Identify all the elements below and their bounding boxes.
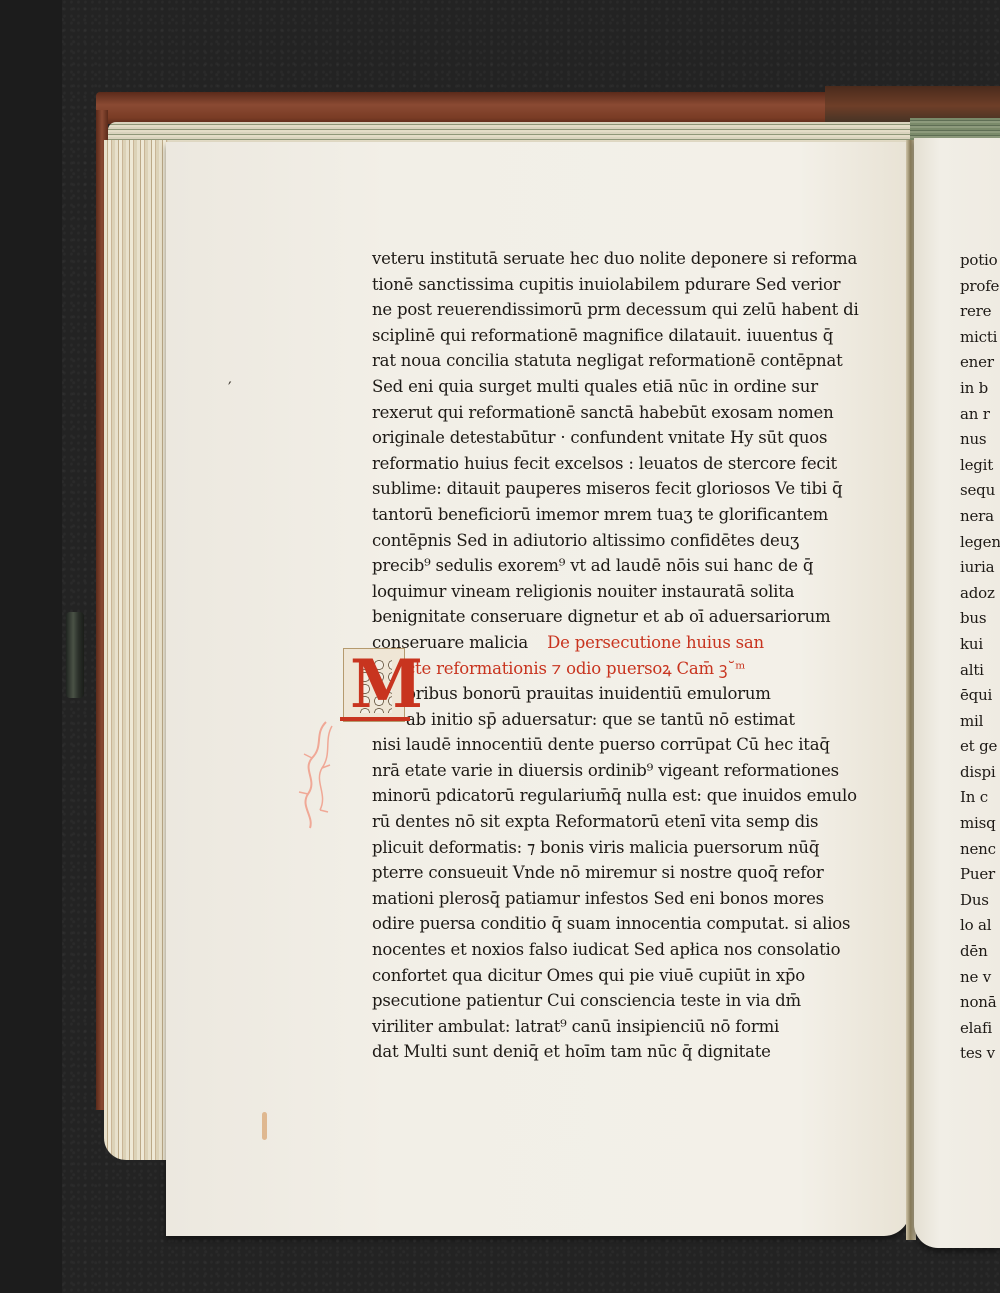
margin-mark: ′ <box>228 378 232 397</box>
pen-flourish-icon <box>296 720 336 830</box>
text-line: sciplinē qui reformationē magnifice dila… <box>372 323 902 349</box>
initial-letter: M <box>350 651 423 717</box>
text-line: Sed eni quia surget multi quales etiā nū… <box>372 374 902 400</box>
text-line: an r <box>960 402 1000 428</box>
text-line: mil <box>960 709 1000 735</box>
text-line: dēn <box>960 939 1000 965</box>
text-line: ab initio sp̄ aduersatur: que se tantū n… <box>406 707 902 733</box>
text-line: bus <box>960 606 1000 632</box>
text-line: contēpnis Sed in adiutorio altissimo con… <box>372 528 902 554</box>
text-line: elafi <box>960 1016 1000 1042</box>
heading-line: conseruare malicia De persecutione huius… <box>372 630 902 656</box>
text-line: Dus <box>960 888 1000 914</box>
text-line: mationi plerosq̄ patiamur infestos Sed e… <box>372 886 902 912</box>
fore-edge-pages <box>104 140 168 1160</box>
text-line: micti <box>960 325 1000 351</box>
book-clasp <box>66 612 84 698</box>
text-line: kui <box>960 632 1000 658</box>
text-line: tes v <box>960 1041 1000 1067</box>
text-line: rexerut qui reformationē sanctā habebūt … <box>372 400 902 426</box>
leather-cover-top <box>96 92 926 124</box>
text-line: ne v <box>960 965 1000 991</box>
text-line: rū dentes nō sit expta Reformatorū etenī… <box>372 809 902 835</box>
text-line: reformatio huius fecit excelsos : leuato… <box>372 451 902 477</box>
text-line: alti <box>960 658 1000 684</box>
text-line: benignitate conseruare dignetur et ab oī… <box>372 604 902 630</box>
text-line: misq <box>960 811 1000 837</box>
text-line: viriliter ambulat: latrat⁹ canū insipien… <box>372 1014 902 1040</box>
left-page-text: veteru institutā seruate hec duo nolite … <box>372 246 902 1065</box>
rubric-heading-part1: De persecutione huius san <box>547 633 764 652</box>
text-line: nenc <box>960 837 1000 863</box>
text-line: tantorū beneficiorū imemor mrem tuaʒ te … <box>372 502 902 528</box>
background-felt <box>0 0 62 1293</box>
text-line: veteru institutā seruate hec duo nolite … <box>372 246 902 272</box>
text-line: potio <box>960 248 1000 274</box>
text-line: et ge <box>960 734 1000 760</box>
text-line: tionē sanctissima cupitis inuiolabilem p… <box>372 272 902 298</box>
text-line: legen <box>960 530 1000 556</box>
text-line: in b <box>960 376 1000 402</box>
rubric-heading-part2: cte reformationis ⁊ odio puersoꝝ Cam̄ ꝫ˘… <box>406 656 902 682</box>
text-line: sequ <box>960 478 1000 504</box>
text-line: loquimur vineam religionis nouiter insta… <box>372 579 902 605</box>
text-line: minorū pdicatorū regularium̄q̄ nulla est… <box>372 783 902 809</box>
text-line: oribus bonorū prauitas inuidentiū emulor… <box>406 681 902 707</box>
text-line: plicuit deformatis: ⁊ bonis viris malici… <box>372 835 902 861</box>
text-line: In c <box>960 785 1000 811</box>
text-line: precib⁹ sedulis exorem⁹ vt ad laudē nōis… <box>372 553 902 579</box>
text-line: psecutione patientur Cui consciencia tes… <box>372 988 902 1014</box>
text-line: sublime: ditauit pauperes miseros fecit … <box>372 476 902 502</box>
text-line: profe <box>960 274 1000 300</box>
text-line: ne post reuerendissimorū prm decessum qu… <box>372 297 902 323</box>
text-line: nus <box>960 427 1000 453</box>
text-line: rere <box>960 299 1000 325</box>
text-line: Puer <box>960 862 1000 888</box>
text-line: rat noua concilia statuta negligat refor… <box>372 348 902 374</box>
text-line: nera <box>960 504 1000 530</box>
right-page-text: potio profe rere micti ener in b an r nu… <box>960 248 1000 1067</box>
text-line: legit <box>960 453 1000 479</box>
text-line: originale detestabūtur · confundent vnit… <box>372 425 902 451</box>
text-line: dispi <box>960 760 1000 786</box>
text-line: adoz <box>960 581 1000 607</box>
decorated-initial: M <box>343 648 405 722</box>
text-line: nisi laudē innocentiū dente puerso corrū… <box>372 732 902 758</box>
text-line: iuria <box>960 555 1000 581</box>
text-line: ener <box>960 350 1000 376</box>
text-line: pterre consueuit Vnde nō miremur si nost… <box>372 860 902 886</box>
text-line: ēqui <box>960 683 1000 709</box>
text-line: dat Multi sunt deniq̄ et hoīm tam nūc q̄… <box>372 1039 902 1065</box>
text-line: nonā <box>960 990 1000 1016</box>
initial-baseline <box>340 717 410 721</box>
text-line: confortet qua dicitur Omes qui pie viuē … <box>372 963 902 989</box>
text-line: nocentes et noxios falso iudicat Sed apł… <box>372 937 902 963</box>
page-stain <box>262 1112 267 1140</box>
text-line: nrā etate varie in diuersis ordinib⁹ vig… <box>372 758 902 784</box>
text-line: lo al <box>960 913 1000 939</box>
text-line: odire puersa conditio q̄ suam innocentia… <box>372 911 902 937</box>
